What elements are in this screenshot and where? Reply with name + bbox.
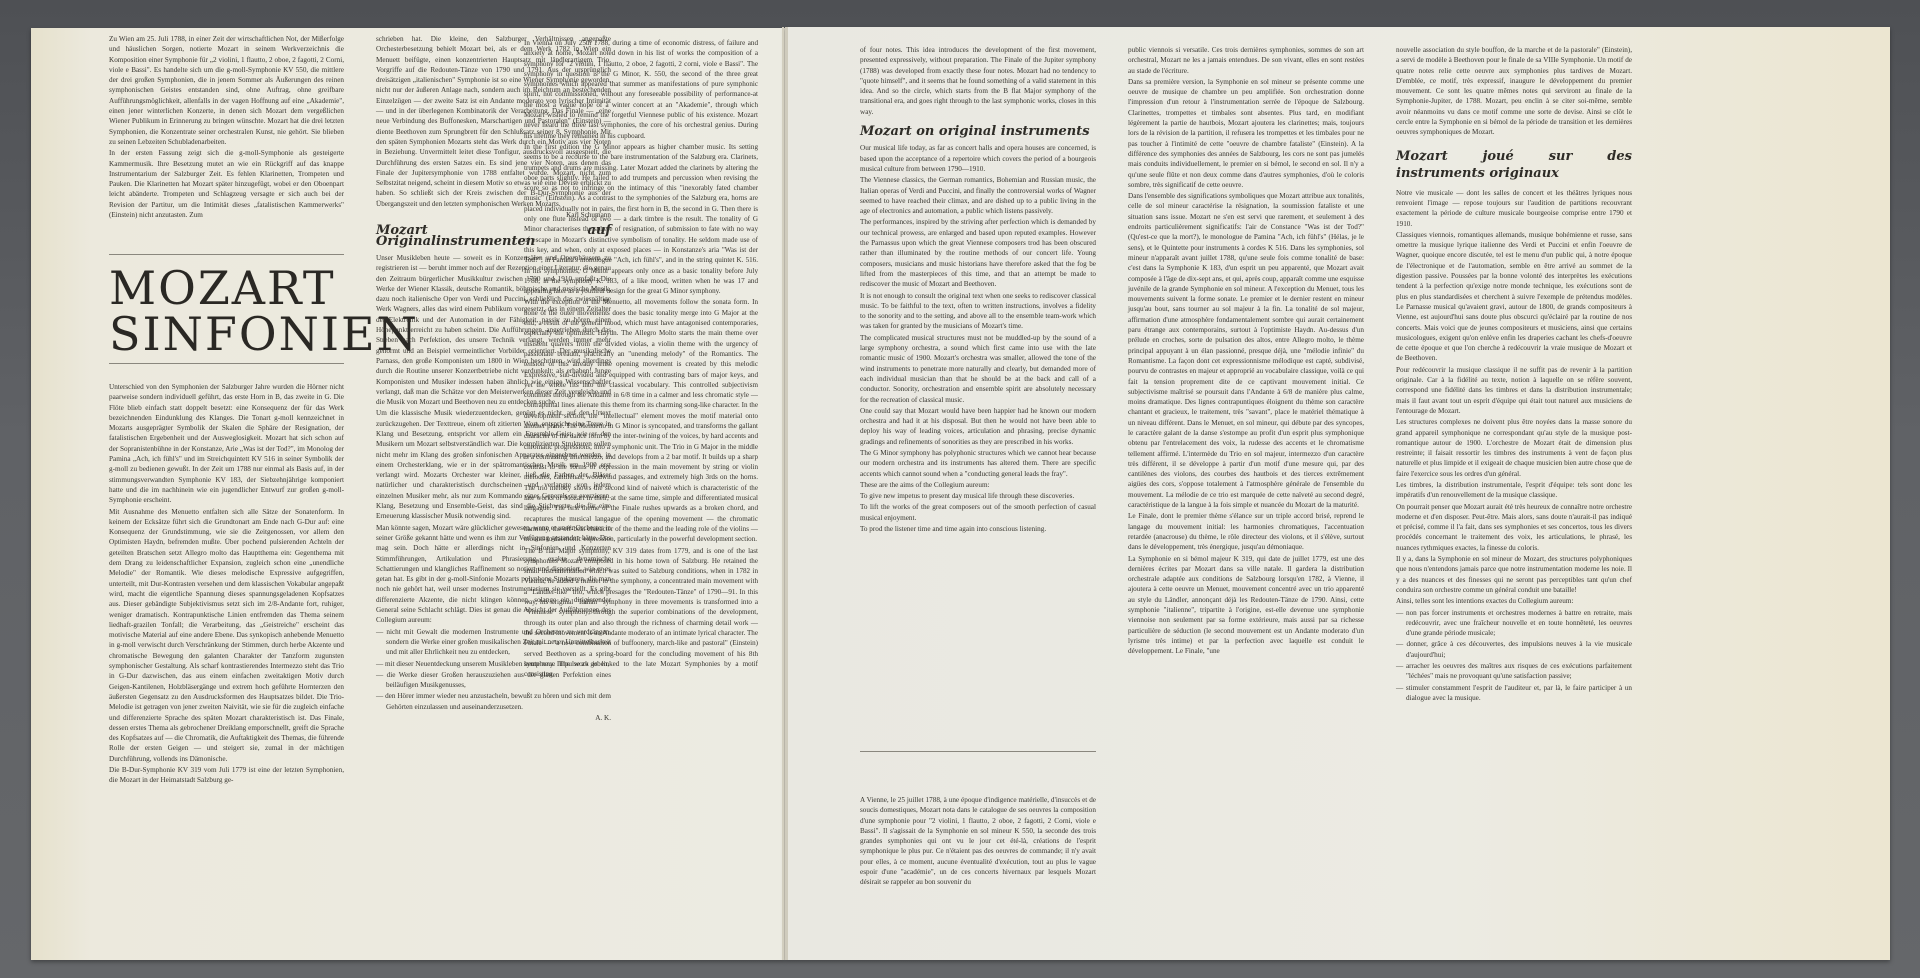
page-title-line-1: MOZART bbox=[109, 265, 344, 311]
paragraph: It is not enough to consult the original… bbox=[860, 291, 1096, 332]
french-column-4-bottom: A Vienne, le 25 juillet 1788, à une époq… bbox=[860, 795, 1096, 889]
paragraph: of four notes. This idea introduces the … bbox=[860, 45, 1096, 117]
paragraph: Mit Ausnahme des Menuetto entfalten sich… bbox=[109, 507, 344, 764]
section-heading-french: Mozart joué sur des instruments originau… bbox=[1396, 148, 1632, 182]
author-initials: A. K. bbox=[376, 713, 611, 723]
paragraph: Le Finale, dont le premier thème s'élanc… bbox=[1128, 511, 1364, 552]
title-block: MOZART SINFONIEN bbox=[109, 254, 344, 364]
paragraph: Ainsi, telles sont les intentions exacte… bbox=[1396, 596, 1632, 606]
french-column-6: nouvelle association du style bouffon, d… bbox=[1396, 45, 1632, 704]
language-divider-rule bbox=[860, 751, 1096, 752]
paragraph: On pourrait penser que Mozart aurait été… bbox=[1396, 502, 1632, 553]
paragraph: La Symphonie en si bémol majeur K 319, q… bbox=[1128, 554, 1364, 657]
paragraph: nouvelle association du style bouffon, d… bbox=[1396, 45, 1632, 138]
paragraph: Notre vie musicale — dont les salles de … bbox=[1396, 188, 1632, 229]
german-column-1-bottom: Unterschied von den Symphonien der Salzb… bbox=[109, 382, 344, 787]
list-item: — donner, grâce à ces découvertes, des i… bbox=[1396, 639, 1632, 660]
paragraph: Pour redécouvrir la musique classique il… bbox=[1396, 365, 1632, 416]
paragraph: Unterschied von den Symphonien der Salzb… bbox=[109, 382, 344, 506]
paragraph: Les timbres, la distribution instrumenta… bbox=[1396, 480, 1632, 501]
gatefold-crease bbox=[782, 27, 784, 960]
paragraph: One could say that Mozart would have bee… bbox=[860, 406, 1096, 447]
paragraph: With the exception of the Menuetto, all … bbox=[524, 297, 758, 544]
paragraph: In Vienna on July 25th 1788, during a ti… bbox=[524, 38, 758, 141]
paragraph: Classiques viennois, romantiques alleman… bbox=[1396, 230, 1632, 364]
paragraph: These are the aims of the Collegium aure… bbox=[860, 480, 1096, 490]
english-column-4: of four notes. This idea introduces the … bbox=[860, 45, 1096, 535]
paragraph: Zu Wien am 25. Juli 1788, in einer Zeit … bbox=[109, 34, 344, 147]
paragraph: Il y a, dans la Symphonie en sol mineur … bbox=[1396, 554, 1632, 595]
paragraph: Dans sa première version, la Symphonie e… bbox=[1128, 77, 1364, 190]
english-column-3: In Vienna on July 25th 1788, during a ti… bbox=[524, 38, 758, 680]
paragraph: The G Minor symphony has polyphonic stru… bbox=[860, 448, 1096, 479]
list-item: — arracher les oeuvres des maîtres aux r… bbox=[1396, 661, 1632, 682]
paragraph: The performances, inspired by the strivi… bbox=[860, 217, 1096, 289]
paragraph: public viennois si versatile. Ces trois … bbox=[1128, 45, 1364, 76]
german-column-1-top: Zu Wien am 25. Juli 1788, in einer Zeit … bbox=[109, 34, 344, 221]
paragraph: Les structures complexes ne doivent plus… bbox=[1396, 417, 1632, 479]
paragraph: To prod the listener time and time again… bbox=[860, 524, 1096, 534]
section-heading-english: Mozart on original instruments bbox=[860, 127, 1096, 137]
paragraph: Die B-Dur-Symphonie KV 319 vom Juli 1779… bbox=[109, 765, 344, 786]
paragraph: To give new impetus to present day music… bbox=[860, 491, 1096, 501]
paragraph: The Viennese classics, the German romant… bbox=[860, 175, 1096, 216]
paragraph: The complicated musical structures must … bbox=[860, 333, 1096, 405]
right-panel: of four notes. This idea introduces the … bbox=[785, 27, 1890, 960]
paragraph: In the first edition the G Minor appears… bbox=[524, 142, 758, 296]
paragraph: To lift the works of the great composers… bbox=[860, 502, 1096, 523]
paragraph: In der ersten Fassung zeigt sich die g-m… bbox=[109, 148, 344, 220]
list-item: — den Hörer immer wieder neu anzustachel… bbox=[376, 691, 611, 712]
french-column-5: public viennois si versatile. Ces trois … bbox=[1128, 45, 1364, 658]
title-rule-bottom bbox=[109, 363, 344, 364]
paragraph: Our musical life today, as far as concer… bbox=[860, 143, 1096, 174]
list-item: — non pas forcer instruments et orchestr… bbox=[1396, 608, 1632, 639]
page-title-line-2: SINFONIEN bbox=[109, 311, 344, 357]
paragraph: Dans l'ensemble des significations symbo… bbox=[1128, 191, 1364, 510]
paragraph: A Vienne, le 25 juillet 1788, à une époq… bbox=[860, 795, 1096, 888]
list-item: — stimuler constamment l'esprit de l'aud… bbox=[1396, 683, 1632, 704]
paragraph: The B flat Major symphony, KV 319 dates … bbox=[524, 546, 758, 680]
